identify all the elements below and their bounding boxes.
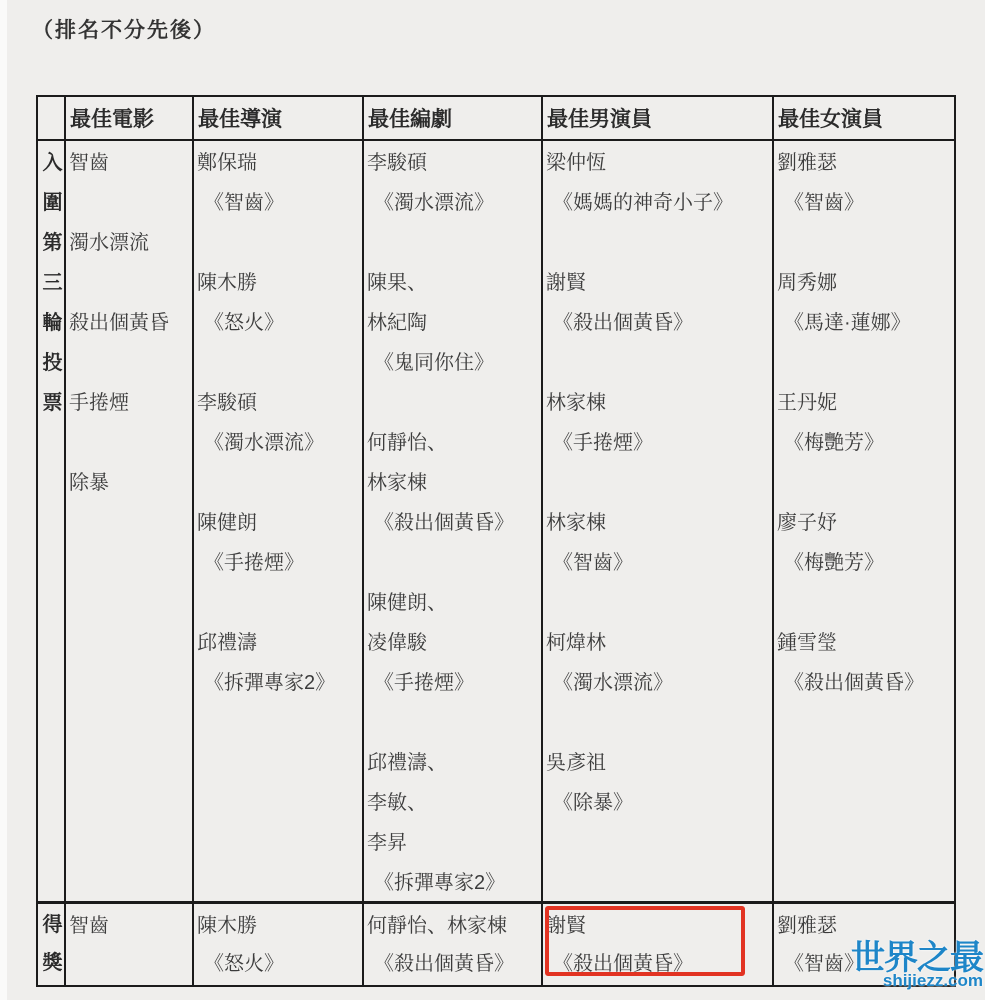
column-header-label: 最佳導演 [198,103,282,133]
nominee-name: 邱禮濤、 [367,743,541,783]
column-header-label: 最佳電影 [70,103,154,133]
row-label-char: 三 [41,263,64,303]
film-title: 《除暴》 [546,783,772,823]
film-title: 《殺出個黃昏》 [367,945,541,983]
winners-row-cell: 何靜怡、林家棟《殺出個黃昏》 [364,904,543,985]
film-title: 《拆彈專家2》 [367,863,541,903]
nominee-name: 凌偉駿 [367,623,541,663]
corner-cell [38,97,66,141]
watermark-title: 世界之最 [851,941,983,975]
winners-row-cell: 陳木勝《怒火》 [194,904,364,985]
film-title: 《智齒》 [197,183,362,223]
winners-row-label: 得獎 [38,904,66,985]
row-label-char: 得 [41,906,64,944]
spacer-line [69,263,192,303]
nominee-name: 鄭保瑞 [197,143,362,183]
nominee-name: 周秀娜 [777,263,954,303]
film-title: 《濁水漂流》 [546,663,772,703]
nominees-row-cell: 智齒濁水漂流殺出個黃昏手捲煙除暴 [66,141,194,904]
nominee-name: 劉雅瑟 [777,143,954,183]
film-title: 《智齒》 [546,543,772,583]
nominees-row-cell: 鄭保瑞《智齒》陳木勝《怒火》李駿碩《濁水漂流》陳健朗《手捲煙》邱禮濤《拆彈專家2… [194,141,364,904]
film-title: 《殺出個黃昏》 [546,303,772,343]
nominee-name: 何靜怡、 [367,423,541,463]
spacer-line [777,343,954,383]
nominee-name: 何靜怡、林家棟 [367,907,541,945]
watermark: 世界之最 shijiezz.com [851,941,983,989]
nominee-name: 手捲煙 [69,383,192,423]
spacer-line [367,383,541,423]
nominees-row-cell: 李駿碩《濁水漂流》陳果、林紀陶《鬼同你住》何靜怡、林家棟《殺出個黃昏》陳健朗、凌… [364,141,543,904]
film-title: 《手捲煙》 [197,543,362,583]
nominee-name: 李駿碩 [367,143,541,183]
film-title: 《智齒》 [777,183,954,223]
nominee-name: 柯煒林 [546,623,772,663]
row-label-char: 獎 [41,944,64,982]
spacer-line [777,223,954,263]
nominee-name: 殺出個黃昏 [69,303,192,343]
nominee-name: 林家棟 [546,383,772,423]
film-title: 《殺出個黃昏》 [777,663,954,703]
film-title: 《梅艷芳》 [777,543,954,583]
nominee-name: 李昇 [367,823,541,863]
spacer-line [546,343,772,383]
spacer-line [546,583,772,623]
column-header-label: 最佳編劇 [368,103,452,133]
nominee-name: 陳健朗 [197,503,362,543]
nominees-row-cell: 劉雅瑟《智齒》周秀娜《馬達·蓮娜》王丹妮《梅艷芳》廖子妤《梅艷芳》鍾雪瑩《殺出個… [774,141,954,904]
nominee-name: 陳果、 [367,263,541,303]
nominee-name: 智齒 [69,907,192,945]
page: （排名不分先後） 最佳電影最佳導演最佳編劇最佳男演員最佳女演員入圍第三輪投票智齒… [0,0,985,1000]
spacer-line [777,463,954,503]
row-label-char: 第 [41,223,64,263]
nominee-name: 陳健朗、 [367,583,541,623]
row-label-char: 圍 [41,183,64,223]
spacer-line [69,423,192,463]
film-title: 《媽媽的神奇小子》 [546,183,772,223]
film-title: 《手捲煙》 [546,423,772,463]
spacer-line [367,223,541,263]
spacer-line [367,543,541,583]
film-title: 《鬼同你住》 [367,343,541,383]
nominee-name: 王丹妮 [777,383,954,423]
nominee-name: 陳木勝 [197,907,362,945]
nominee-name: 鍾雪瑩 [777,623,954,663]
row-label-char: 票 [41,383,64,423]
row-label-char: 入 [41,143,64,183]
awards-table: 最佳電影最佳導演最佳編劇最佳男演員最佳女演員入圍第三輪投票智齒濁水漂流殺出個黃昏… [36,95,956,987]
spacer-line [197,223,362,263]
spacer-line [197,583,362,623]
spacer-line [777,583,954,623]
nominee-name: 陳木勝 [197,263,362,303]
film-title: 《馬達·蓮娜》 [777,303,954,343]
film-title: 《濁水漂流》 [197,423,362,463]
film-title: 《怒火》 [197,945,362,983]
ranking-note: （排名不分先後） [32,14,216,44]
film-title: 《殺出個黃昏》 [546,945,772,983]
page-edge-strip [0,0,7,1000]
column-header: 最佳女演員 [774,97,954,141]
film-title: 《殺出個黃昏》 [367,503,541,543]
nominee-name: 梁仲恆 [546,143,772,183]
column-header: 最佳導演 [194,97,364,141]
spacer-line [546,223,772,263]
nominee-name: 除暴 [69,463,192,503]
spacer-line [69,343,192,383]
nominee-name: 謝賢 [546,263,772,303]
film-title: 《梅艷芳》 [777,423,954,463]
spacer-line [69,183,192,223]
winners-row-cell: 智齒 [66,904,194,985]
nominee-name: 李敏、 [367,783,541,823]
nominee-name: 邱禮濤 [197,623,362,663]
nominee-name: 李駿碩 [197,383,362,423]
row-label-char: 投 [41,343,64,383]
nominee-name: 智齒 [69,143,192,183]
film-title: 《拆彈專家2》 [197,663,362,703]
nominee-name: 林家棟 [367,463,541,503]
film-title: 《濁水漂流》 [367,183,541,223]
nominee-name: 林家棟 [546,503,772,543]
nominees-row-cell: 梁仲恆《媽媽的神奇小子》謝賢《殺出個黃昏》林家棟《手捲煙》林家棟《智齒》柯煒林《… [543,141,774,904]
column-header: 最佳編劇 [364,97,543,141]
row-label-char: 輪 [41,303,64,343]
spacer-line [367,703,541,743]
nominee-name: 謝賢 [546,907,772,945]
spacer-line [546,703,772,743]
column-header: 最佳男演員 [543,97,774,141]
nominee-name: 濁水漂流 [69,223,192,263]
column-header-label: 最佳男演員 [547,103,652,133]
column-header-label: 最佳女演員 [778,103,883,133]
winners-row-cell: 謝賢《殺出個黃昏》 [543,904,774,985]
film-title: 《手捲煙》 [367,663,541,703]
nominee-name: 林紀陶 [367,303,541,343]
nominees-row-label: 入圍第三輪投票 [38,141,66,904]
nominee-name: 吳彥祖 [546,743,772,783]
film-title: 《怒火》 [197,303,362,343]
nominee-name: 廖子妤 [777,503,954,543]
column-header: 最佳電影 [66,97,194,141]
spacer-line [546,463,772,503]
spacer-line [197,463,362,503]
spacer-line [197,343,362,383]
